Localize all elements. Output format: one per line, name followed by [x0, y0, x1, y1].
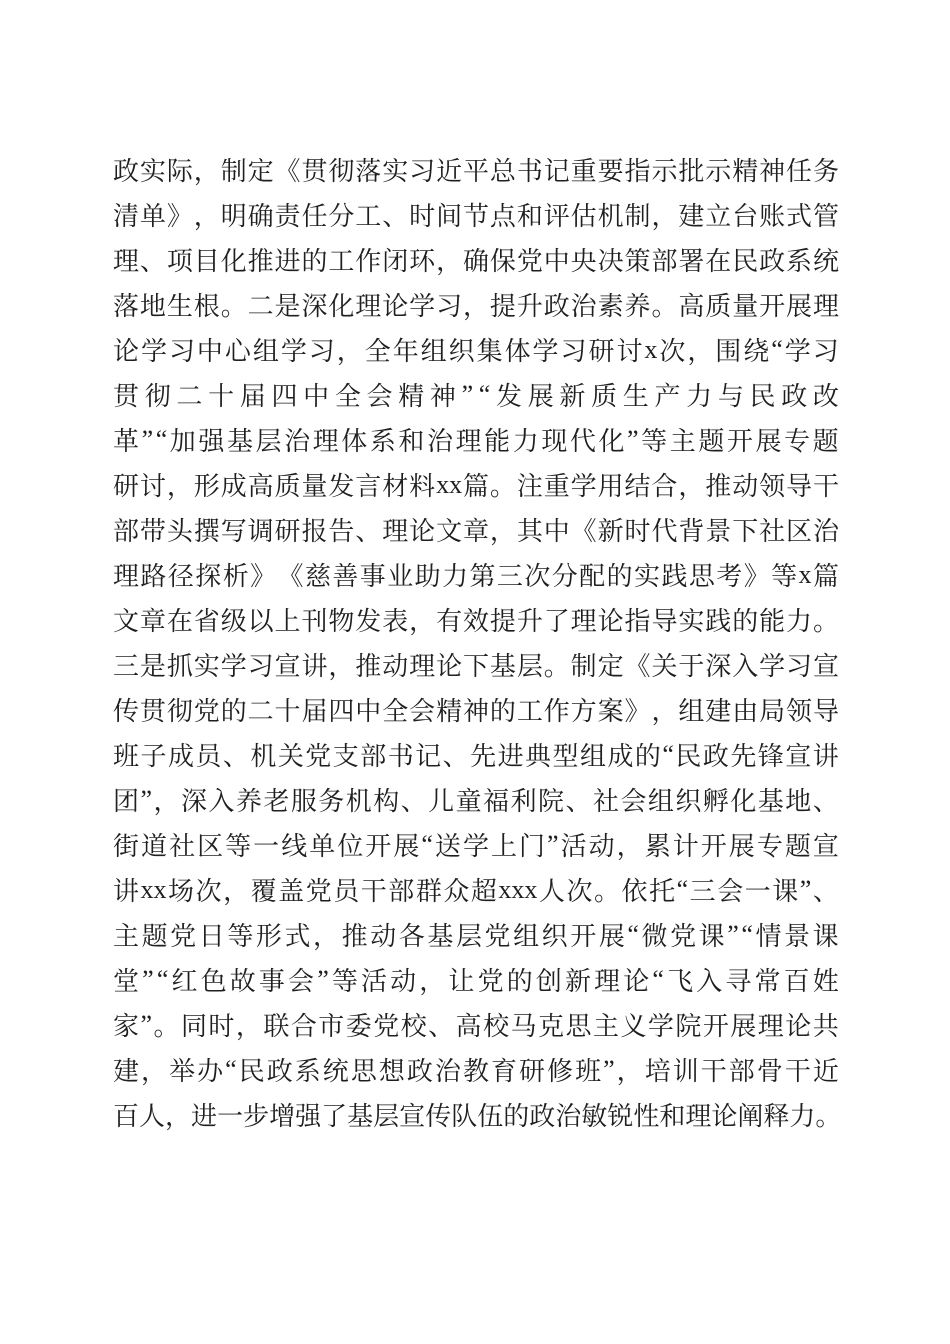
document-page: 政实际，制定《贯彻落实习近平总书记重要指示批示精神任务 清单》，明确责任分工、时…	[0, 0, 950, 1344]
text-line: 三是抓实学习宣讲，推动理论下基层。制定《关于深入学习宣	[113, 642, 839, 687]
text-line: 堂”“红色故事会”等活动，让党的创新理论“飞入寻常百姓	[113, 957, 839, 1002]
text-line: 革”“加强基层治理体系和治理能力现代化”等主题开展专题	[113, 417, 839, 462]
text-line: 传贯彻党的二十届四中全会精神的工作方案》，组建由局领导	[113, 687, 839, 732]
text-line: 百人，进一步增强了基层宣传队伍的政治敏锐性和理论阐释力。	[113, 1092, 839, 1137]
text-line: 班子成员、机关党支部书记、先进典型组成的“民政先锋宣讲	[113, 732, 839, 777]
text-line: 家”。同时，联合市委党校、高校马克思主义学院开展理论共	[113, 1002, 839, 1047]
text-line: 论学习中心组学习，全年组织集体学习研讨x次，围绕“学习	[113, 327, 839, 372]
text-line: 理路径探析》《慈善事业助力第三次分配的实践思考》等x篇	[113, 552, 839, 597]
paragraph-block: 政实际，制定《贯彻落实习近平总书记重要指示批示精神任务 清单》，明确责任分工、时…	[113, 147, 839, 1137]
text-line: 研讨，形成高质量发言材料xx篇。注重学用结合，推动领导干	[113, 462, 839, 507]
text-line: 建，举办“民政系统思想政治教育研修班”，培训干部骨干近	[113, 1047, 839, 1092]
text-line: 主题党日等形式，推动各基层党组织开展“微党课”“情景课	[113, 912, 839, 957]
text-line: 理、项目化推进的工作闭环，确保党中央决策部署在民政系统	[113, 237, 839, 282]
text-line: 街道社区等一线单位开展“送学上门”活动，累计开展专题宣	[113, 822, 839, 867]
text-line: 落地生根。二是深化理论学习，提升政治素养。高质量开展理	[113, 282, 839, 327]
text-line: 政实际，制定《贯彻落实习近平总书记重要指示批示精神任务	[113, 147, 839, 192]
text-line: 团”，深入养老服务机构、儿童福利院、社会组织孵化基地、	[113, 777, 839, 822]
text-line: 文章在省级以上刊物发表，有效提升了理论指导实践的能力。	[113, 597, 839, 642]
text-line: 讲xx场次，覆盖党员干部群众超xxx人次。依托“三会一课”、	[113, 867, 839, 912]
text-line: 清单》，明确责任分工、时间节点和评估机制，建立台账式管	[113, 192, 839, 237]
text-line: 部带头撰写调研报告、理论文章，其中《新时代背景下社区治	[113, 507, 839, 552]
text-line: 贯彻二十届四中全会精神”“发展新质生产力与民政改	[113, 372, 839, 417]
